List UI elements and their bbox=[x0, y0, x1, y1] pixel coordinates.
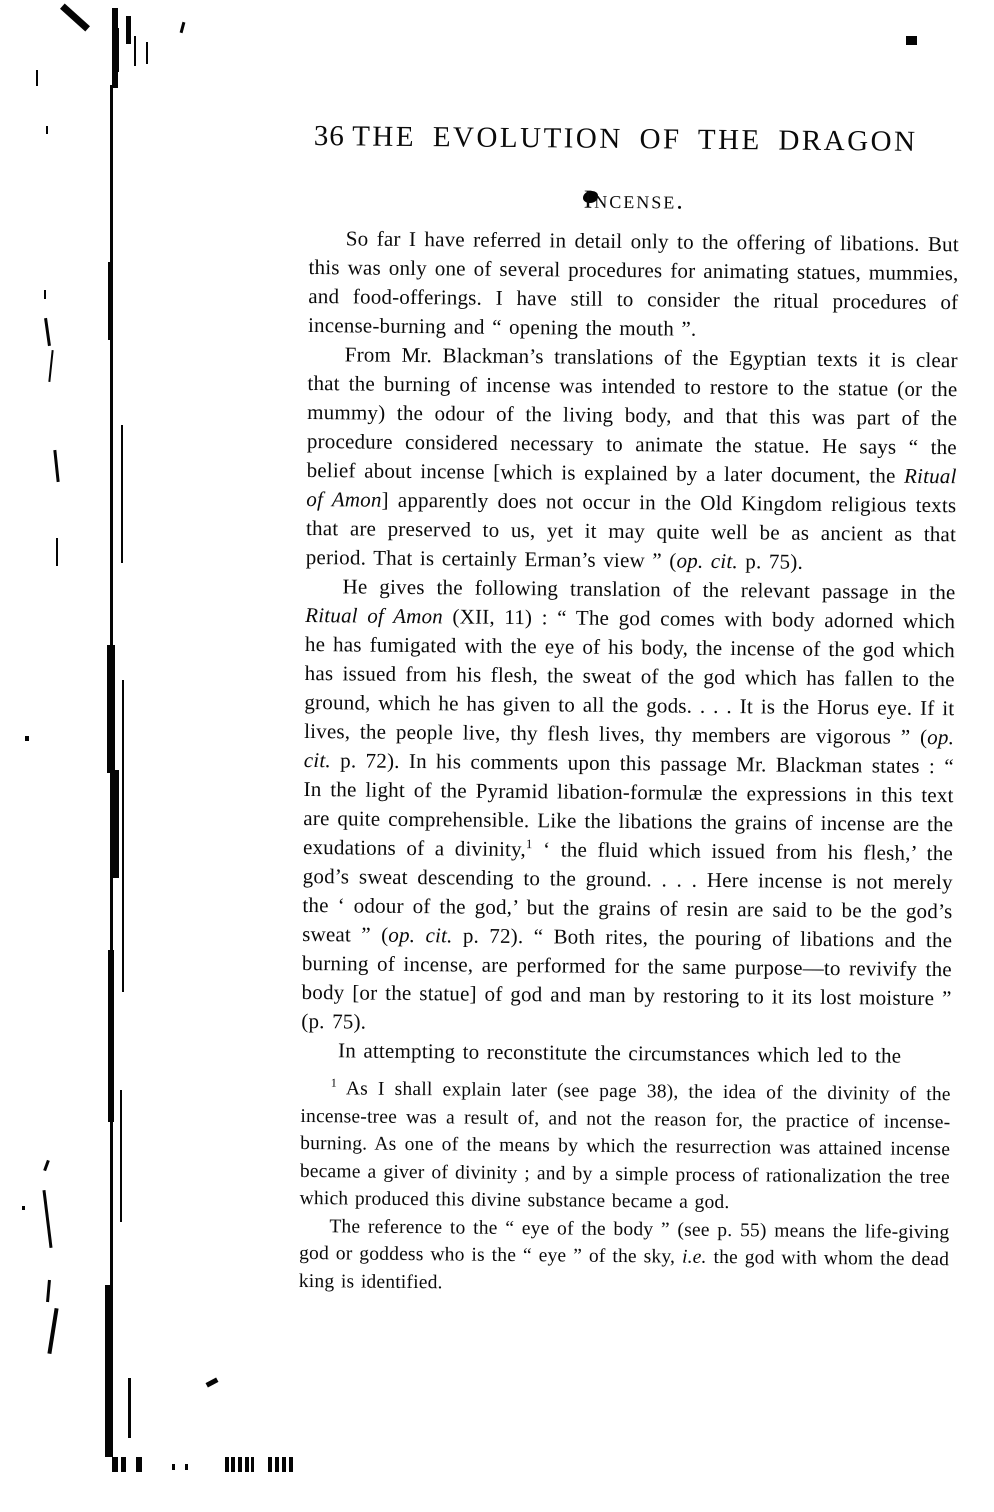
ink-mark bbox=[251, 1457, 254, 1472]
ink-mark bbox=[25, 736, 29, 741]
ink-mark bbox=[180, 22, 186, 33]
ink-mark bbox=[46, 1280, 51, 1302]
ink-mark bbox=[42, 1190, 52, 1248]
ink-mark bbox=[36, 70, 38, 86]
scanned-book-page: 36 THE EVOLUTION OF THE DRAGON Incense. … bbox=[0, 0, 994, 1512]
gutter-line bbox=[110, 85, 113, 270]
ink-mark bbox=[172, 1464, 175, 1470]
ink-mark bbox=[282, 1457, 286, 1472]
ink-mark bbox=[22, 1206, 25, 1210]
ink-mark bbox=[206, 1377, 219, 1387]
gutter-line bbox=[120, 1090, 122, 1222]
gutter-line bbox=[108, 262, 113, 340]
section-heading: Incense. bbox=[309, 182, 959, 218]
body-text: So far I have referred in detail only to… bbox=[301, 224, 959, 1071]
ink-mark bbox=[185, 1464, 188, 1470]
ink-mark bbox=[289, 1457, 293, 1472]
ink-mark bbox=[112, 1457, 118, 1472]
ink-mark bbox=[126, 16, 131, 44]
ink-mark bbox=[117, 28, 119, 72]
gutter-line bbox=[121, 425, 123, 563]
gutter-line bbox=[122, 680, 124, 992]
paragraph: So far I have referred in detail only to… bbox=[308, 224, 959, 346]
gutter-line bbox=[107, 645, 115, 773]
page-header: 36 THE EVOLUTION OF THE DRAGON bbox=[310, 120, 960, 162]
footnote-paragraph: 1 As I shall explain later (see page 38)… bbox=[300, 1075, 951, 1219]
paragraph: In attempting to reconstitute the circum… bbox=[301, 1036, 951, 1071]
ink-mark bbox=[56, 538, 58, 566]
footnote-paragraph: The reference to the “ eye of the body ”… bbox=[299, 1212, 950, 1301]
ink-mark bbox=[231, 1457, 235, 1472]
gutter-line bbox=[112, 8, 118, 88]
running-title: THE EVOLUTION OF THE DRAGON bbox=[310, 120, 960, 159]
gutter-line bbox=[110, 335, 113, 1457]
ink-mark bbox=[44, 318, 51, 346]
ink-mark bbox=[44, 290, 46, 299]
ink-mark bbox=[245, 1457, 249, 1472]
footnote-block: 1 As I shall explain later (see page 38)… bbox=[299, 1075, 951, 1301]
gutter-line bbox=[128, 1378, 131, 1438]
ink-mark bbox=[121, 1457, 126, 1472]
ink-square bbox=[906, 36, 917, 45]
ink-mark bbox=[225, 1457, 229, 1472]
paragraph: From Mr. Blackman’s translations of the … bbox=[306, 340, 958, 578]
gutter-line bbox=[112, 770, 119, 878]
ink-mark bbox=[47, 1308, 58, 1354]
ink-mark bbox=[53, 450, 59, 482]
ink-mark bbox=[268, 1457, 272, 1472]
ink-mark bbox=[48, 350, 53, 382]
ink-mark bbox=[134, 36, 136, 66]
ink-mark bbox=[146, 42, 148, 64]
ink-mark bbox=[238, 1457, 242, 1472]
ink-mark bbox=[275, 1457, 279, 1472]
ink-mark bbox=[60, 4, 90, 32]
ink-mark bbox=[136, 1457, 142, 1472]
gutter-line bbox=[105, 1285, 113, 1457]
page-content: 36 THE EVOLUTION OF THE DRAGON Incense. … bbox=[299, 120, 960, 1301]
gutter-line bbox=[108, 950, 114, 1122]
ink-mark bbox=[46, 126, 48, 134]
paragraph: He gives the following translation of th… bbox=[301, 572, 955, 1042]
ink-mark bbox=[43, 1160, 50, 1171]
